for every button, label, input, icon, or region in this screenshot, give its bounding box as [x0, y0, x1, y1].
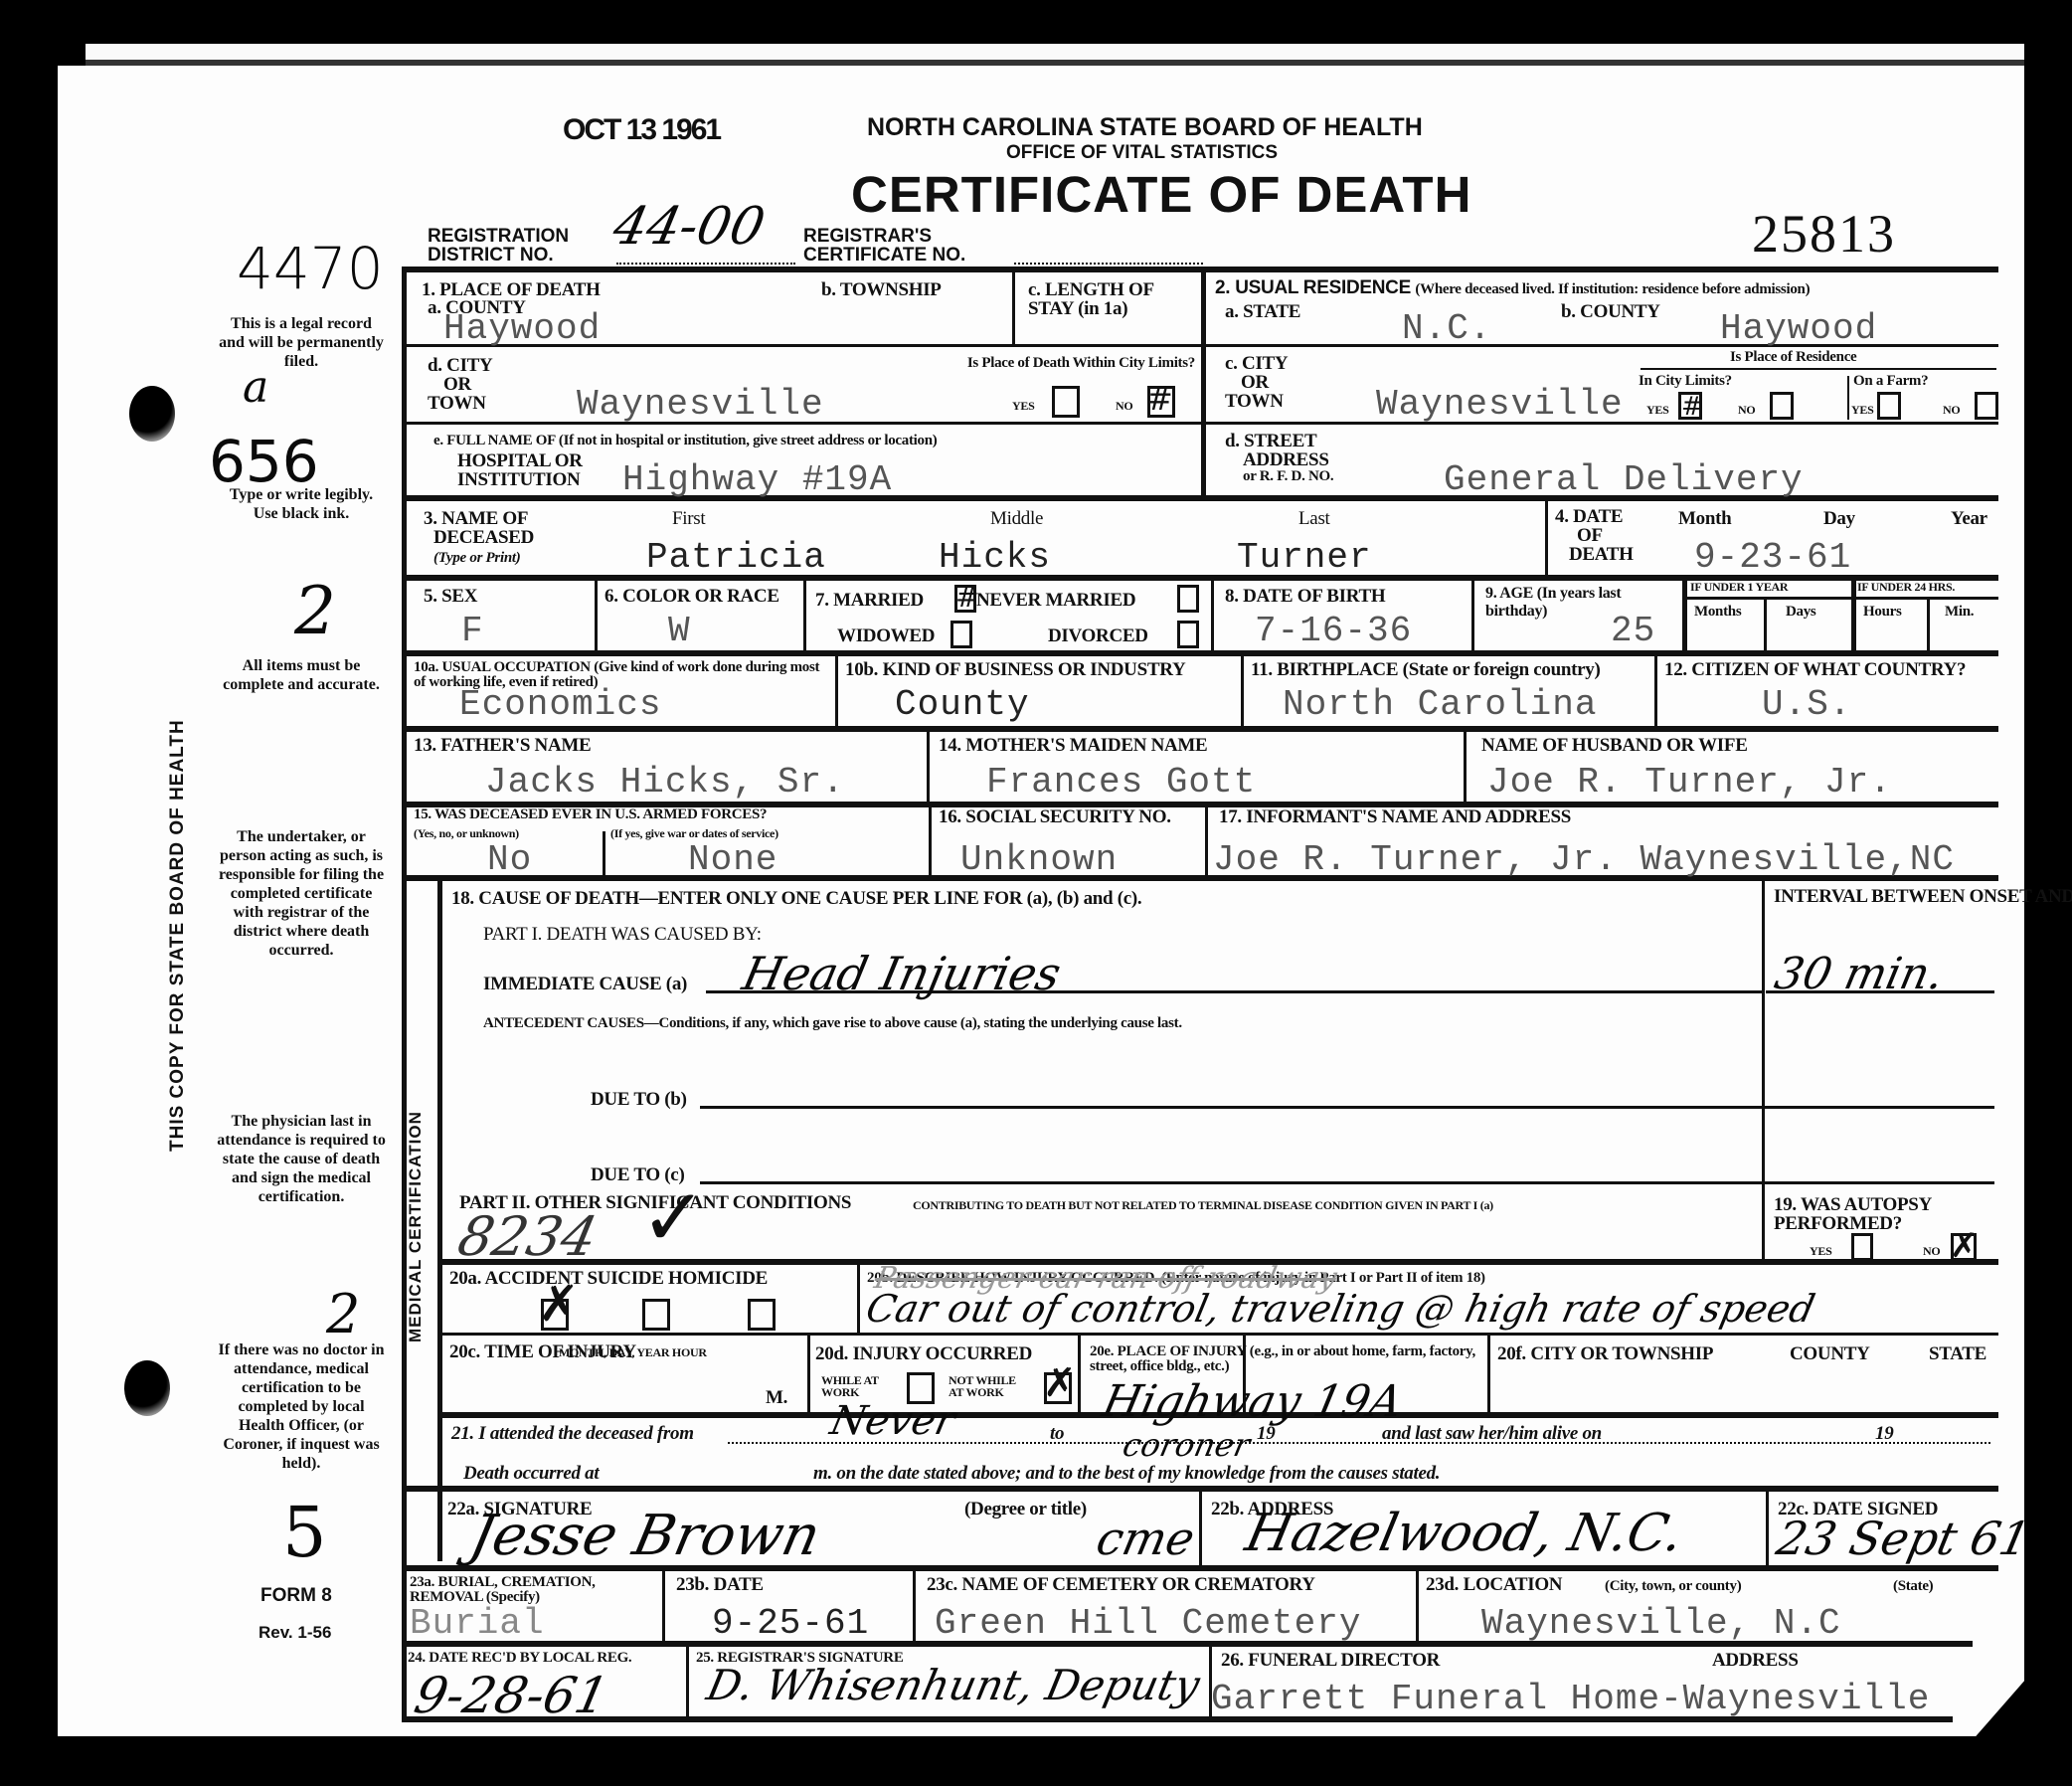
- date-signed[interactable]: 23 Sept 61: [1772, 1512, 2034, 1565]
- document-title: CERTIFICATE OF DEATH: [851, 165, 1471, 224]
- birthplace-field[interactable]: North Carolina: [1283, 684, 1597, 725]
- x-mark-icon: ✗: [1043, 1363, 1077, 1403]
- margin-number-4470: 4470: [237, 235, 384, 302]
- punch-hole: [129, 386, 175, 442]
- check-mark-icon: ✓: [640, 1171, 707, 1264]
- attended-from-field[interactable]: Never: [826, 1398, 959, 1444]
- undertaker-note: The undertaker, or person acting as such…: [217, 827, 386, 960]
- residence-on-farm-no-checkbox[interactable]: [1975, 392, 1998, 420]
- race-field[interactable]: W: [668, 611, 691, 651]
- father-name-field[interactable]: Jacks Hicks, Sr.: [485, 762, 845, 803]
- married-checkbox[interactable]: #: [954, 585, 976, 613]
- residence-on-farm-yes-checkbox[interactable]: [1877, 392, 1901, 420]
- copy-for-state-board-label: THIS COPY FOR STATE BOARD OF HEALTH: [167, 719, 189, 1152]
- occurred-note: coroner: [1120, 1426, 1254, 1464]
- no-doctor-note: If there was no doctor in attendance, me…: [217, 1340, 386, 1473]
- registrar-certificate-label: REGISTRAR'SCERTIFICATE NO.: [803, 227, 965, 265]
- checked-mark-icon: #: [1146, 379, 1173, 419]
- form-revision: Rev. 1-56: [259, 1623, 331, 1643]
- ssn-field[interactable]: Unknown: [960, 839, 1118, 880]
- physician-degree[interactable]: cme: [1092, 1512, 1199, 1565]
- suicide-checkbox[interactable]: [642, 1299, 670, 1331]
- registration-district-no: 44-00: [608, 197, 771, 257]
- residence-city-field[interactable]: Waynesville: [1376, 384, 1624, 425]
- citizenship-field[interactable]: U.S.: [1762, 684, 1851, 725]
- all-items-note: All items must be complete and accurate.: [217, 656, 386, 694]
- disposition-field[interactable]: Burial: [410, 1603, 545, 1644]
- margin-number-5: 5: [282, 1492, 327, 1573]
- interval-field[interactable]: 30 min.: [1771, 949, 1949, 999]
- medical-certification-label: MEDICAL CERTIFICATION: [406, 1111, 426, 1342]
- certificate-number: 25813: [1752, 203, 1896, 265]
- death-city-field[interactable]: Waynesville: [577, 384, 824, 425]
- torn-corner: [1929, 1631, 2068, 1786]
- agency-name: NORTH CAROLINA STATE BOARD OF HEALTH: [867, 113, 1423, 142]
- never-married-checkbox[interactable]: [1177, 585, 1199, 613]
- autopsy-yes-checkbox[interactable]: [1851, 1233, 1873, 1261]
- residence-in-city-yes-checkbox[interactable]: #: [1678, 392, 1702, 420]
- burial-date-field[interactable]: 9-25-61: [712, 1603, 869, 1644]
- occupation-field[interactable]: Economics: [459, 684, 661, 725]
- margin-letter-a: a: [243, 362, 268, 413]
- armed-forces-field[interactable]: No: [487, 839, 532, 880]
- physician-signature[interactable]: Jesse Brown: [464, 1504, 825, 1568]
- cause-of-death-label: 18. CAUSE OF DEATH—ENTER ONLY ONE CAUSE …: [451, 889, 1141, 908]
- margin-number-2b: 2: [326, 1283, 360, 1345]
- residence-street-field[interactable]: General Delivery: [1444, 459, 1804, 500]
- war-dates-field[interactable]: None: [688, 839, 777, 880]
- informant-field[interactable]: Joe R. Turner, Jr. Waynesville,NC: [1213, 839, 1955, 880]
- cemetery-field[interactable]: Green Hill Cemetery: [935, 1603, 1361, 1644]
- paper-top-edge: [86, 44, 2024, 66]
- death-county-field[interactable]: Haywood: [443, 308, 601, 349]
- within-limits-yes-checkbox[interactable]: [1052, 386, 1080, 418]
- checked-mark-icon: #: [1681, 387, 1703, 427]
- checked-mark-icon: #: [955, 578, 978, 618]
- date-of-birth-field[interactable]: 7-16-36: [1255, 611, 1412, 651]
- divorced-checkbox[interactable]: [1177, 621, 1199, 648]
- accident-checkbox[interactable]: ✗: [541, 1299, 569, 1331]
- institution-field[interactable]: Highway #19A: [622, 459, 892, 500]
- industry-field[interactable]: County: [895, 684, 1030, 725]
- sex-field[interactable]: F: [461, 611, 484, 651]
- residence-in-city-no-checkbox[interactable]: [1770, 392, 1794, 420]
- mother-maiden-name-field[interactable]: Frances Gott: [986, 762, 1256, 803]
- physician-address[interactable]: Hazelwood, N.C.: [1241, 1504, 1689, 1563]
- date-of-death-field[interactable]: 9-23-61: [1694, 537, 1851, 578]
- funeral-director-field[interactable]: Garrett Funeral Home-Waynesville: [1211, 1679, 1930, 1719]
- deceased-last-name-field[interactable]: Turner: [1237, 537, 1372, 578]
- describe-injury-field[interactable]: Car out of control, traveling @ high rat…: [862, 1287, 1818, 1331]
- age-field[interactable]: 25: [1611, 611, 1655, 651]
- burial-location-field[interactable]: Waynesville, N.C: [1481, 1603, 1841, 1644]
- registration-label: REGISTRATIONDISTRICT NO.: [428, 227, 569, 265]
- margin-number-2: 2: [294, 573, 336, 649]
- form-number: FORM 8: [260, 1585, 332, 1607]
- homicide-checkbox[interactable]: [748, 1299, 776, 1331]
- widowed-checkbox[interactable]: [950, 621, 972, 648]
- received-stamp: OCT 13 1961: [563, 113, 720, 147]
- within-limits-no-checkbox[interactable]: #: [1147, 386, 1175, 418]
- spouse-name-field[interactable]: Joe R. Turner, Jr.: [1487, 762, 1892, 803]
- not-while-at-work-checkbox[interactable]: ✗: [1044, 1372, 1072, 1404]
- x-mark-icon: ✗: [538, 1284, 580, 1324]
- residence-county-field[interactable]: Haywood: [1720, 308, 1877, 349]
- deceased-middle-name-field[interactable]: Hicks: [939, 537, 1051, 578]
- residence-state-field[interactable]: N.C.: [1402, 308, 1491, 349]
- immediate-cause-field[interactable]: Head Injuries: [738, 947, 1066, 1000]
- date-received-field[interactable]: 9-28-61: [410, 1667, 613, 1724]
- punch-hole: [124, 1360, 170, 1416]
- deceased-first-name-field[interactable]: Patricia: [646, 537, 826, 578]
- registrar-signature[interactable]: D. Whisenhunt, Deputy: [703, 1661, 1204, 1709]
- autopsy-no-checkbox[interactable]: ✗: [1951, 1233, 1977, 1261]
- place-of-injury-field[interactable]: Highway 19A: [1099, 1376, 1407, 1427]
- office-name: OFFICE OF VITAL STATISTICS: [1006, 142, 1278, 164]
- type-legibly-note: Type or write legibly. Use black ink.: [217, 485, 386, 523]
- interval-label: INTERVAL BETWEEN ONSET AND DEATH: [1774, 887, 2072, 906]
- physician-note: The physician last in attendance is requ…: [217, 1112, 386, 1206]
